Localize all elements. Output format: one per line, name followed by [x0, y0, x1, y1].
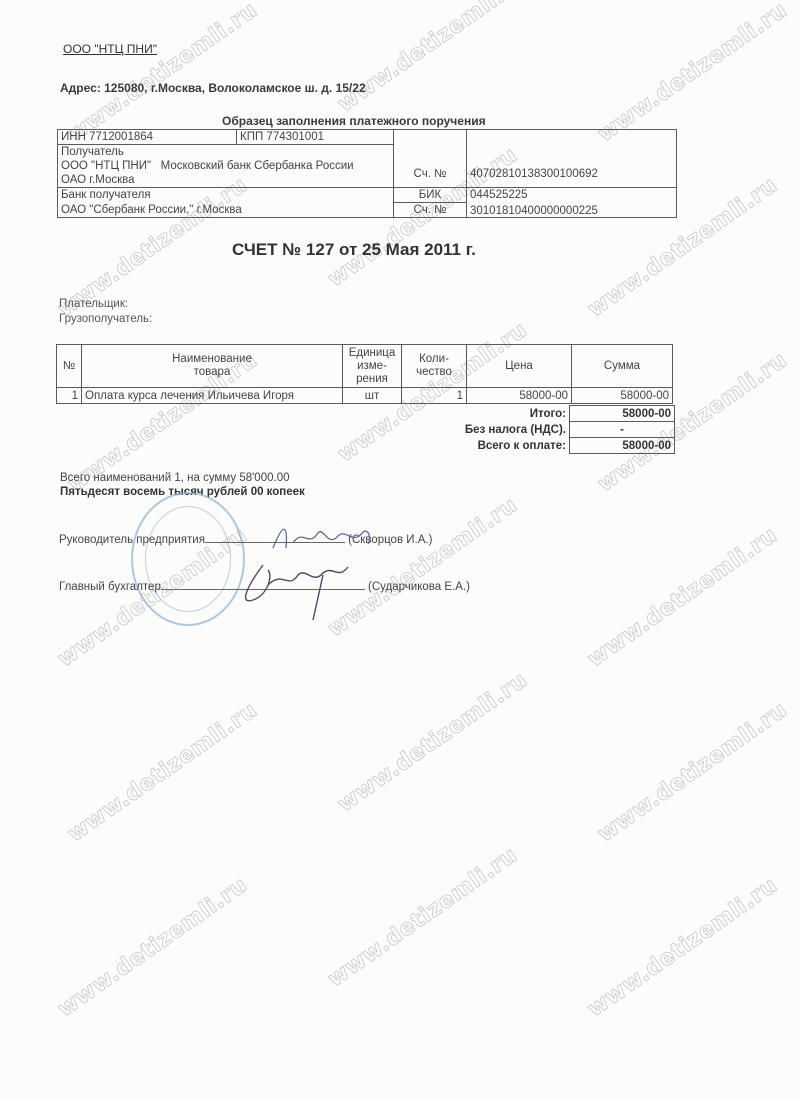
- recipient-name: ООО "НТЦ ПНИ" Московский банк Сбербанка …: [58, 159, 394, 188]
- items-table: № Наименование товара Единица изме- рени…: [56, 344, 673, 404]
- col-qty: Коли- чество: [402, 345, 467, 388]
- recipient-line-2: ОАО г.Москва: [61, 173, 390, 187]
- company-address: Адрес: 125080, г.Москва, Волоколамское ш…: [60, 81, 366, 95]
- col-name-line-2: товара: [84, 366, 340, 379]
- watermark-text: www.detizemli.ru: [53, 873, 252, 1023]
- company-name: ООО "НТЦ ПНИ": [63, 42, 157, 56]
- accountant-name: (Сударчикова Е.А.): [368, 581, 470, 593]
- bank-name: ОАО "Сбербанк России," г.Москва: [58, 203, 394, 218]
- kpp-cell: КПП 774301001: [237, 130, 394, 145]
- col-num: №: [57, 345, 82, 388]
- total-label: Итого:: [380, 406, 570, 422]
- invoice-title: СЧЕТ № 127 от 25 Мая 2011 г.: [232, 240, 476, 260]
- director-signature-icon: [268, 518, 378, 558]
- recipient-label: Получатель: [58, 145, 394, 160]
- tax-label: Без налога (НДС).: [380, 422, 570, 438]
- col-unit-line-2: изме-: [345, 360, 399, 373]
- director-label: Руководитель предприятия: [59, 534, 205, 546]
- corr-account-label: Сч. №: [394, 203, 467, 218]
- consignee-label: Грузополучатель:: [59, 313, 152, 325]
- row-num: 1: [57, 388, 82, 404]
- account-number: 40702810138300100692: [467, 130, 677, 188]
- col-sum: Сумма: [572, 345, 673, 388]
- watermark-text: www.detizemli.ru: [333, 668, 532, 818]
- row-sum: 58000-00: [572, 388, 673, 404]
- corr-account-number: 30101810400000000225: [470, 205, 673, 217]
- watermark-text: www.detizemli.ru: [323, 843, 522, 993]
- col-unit-line-3: рения: [345, 373, 399, 386]
- watermark-text: www.detizemli.ru: [333, 0, 532, 117]
- accountant-label: Главный бухгалтер: [59, 581, 161, 593]
- row-price: 58000-00: [467, 388, 572, 404]
- bank-label: Банк получателя: [58, 188, 394, 203]
- row-qty: 1: [402, 388, 467, 404]
- bik-label: БИК: [394, 188, 467, 203]
- inn-cell: ИНН 7712001864: [58, 130, 237, 145]
- payer-label: Плательщик:: [59, 298, 128, 310]
- col-name: Наименование товара: [82, 345, 343, 388]
- watermark-text: www.detizemli.ru: [63, 698, 262, 848]
- watermark-text: www.detizemli.ru: [583, 873, 782, 1023]
- grand-total-label: Всего к оплате:: [380, 438, 570, 454]
- accountant-signature-icon: [228, 555, 368, 625]
- bik-value: 044525225 30101810400000000225: [467, 188, 677, 218]
- account-label: Сч. №: [394, 130, 467, 188]
- payment-sample-title: Образец заполнения платежного поручения: [222, 114, 486, 128]
- total-value: 58000-00: [570, 406, 675, 422]
- bank-details-table: ИНН 7712001864 КПП 774301001 Сч. № 40702…: [57, 129, 677, 218]
- watermark-text: www.detizemli.ru: [583, 523, 782, 673]
- items-count-summary: Всего наименований 1, на сумму 58'000.00: [60, 472, 289, 484]
- row-unit: шт: [343, 388, 402, 404]
- col-qty-line-2: чество: [404, 366, 464, 379]
- row-name: Оплата курса лечения Ильичева Игоря: [82, 388, 343, 404]
- col-price: Цена: [467, 345, 572, 388]
- col-unit: Единица изме- рения: [343, 345, 402, 388]
- table-row: 1 Оплата курса лечения Ильичева Игоря шт…: [57, 388, 673, 404]
- tax-value: -: [570, 422, 675, 438]
- grand-total-value: 58000-00: [570, 438, 675, 454]
- watermark-text: www.detizemli.ru: [593, 698, 792, 848]
- watermark-text: www.detizemli.ru: [593, 0, 792, 147]
- bik-number: 044525225: [470, 189, 673, 205]
- col-qty-line-1: Коли-: [404, 353, 464, 366]
- col-name-line-1: Наименование: [84, 353, 340, 366]
- totals-table: Итого: 58000-00 Без налога (НДС). - Всег…: [380, 405, 675, 454]
- col-unit-line-1: Единица: [345, 347, 399, 360]
- recipient-line-1: ООО "НТЦ ПНИ" Московский банк Сбербанка …: [61, 159, 390, 173]
